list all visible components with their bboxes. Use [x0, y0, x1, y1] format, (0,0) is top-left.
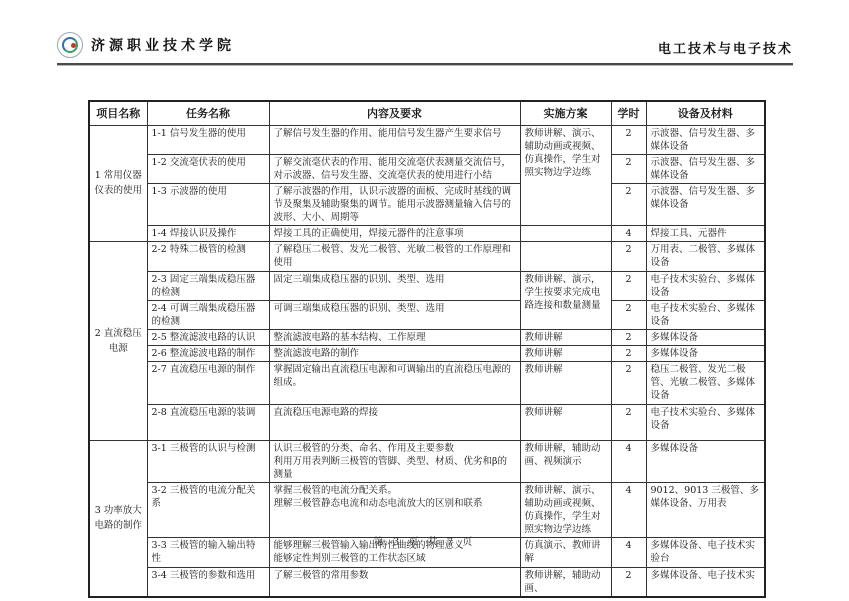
task-name-cell: 2-6 整流滤波电路的制作: [147, 346, 269, 362]
table-row: 2 直流稳压电源2-2 特殊二极管的检测了解稳压二极管、发光二极管、光敏二极管的…: [89, 242, 765, 271]
header-rule: [57, 63, 793, 66]
hours-cell: 4: [611, 226, 646, 242]
project-name-cell: 2 直流稳压电源: [89, 242, 147, 440]
content-line: 掌握固定输出直流稳压电源和可调输出的直流稳压电源的组成。: [274, 363, 516, 389]
table-row: 3 功率放大电路的制作3-1 三极管的认识与检测认识三极管的分类、命名、作用及主…: [89, 440, 765, 482]
page-header: 济源职业技术学院 电工技术与电子技术: [57, 32, 793, 63]
plan-cell: 教师讲解，辅助动画、: [520, 567, 611, 597]
table-row: 1 常用仪器仪表的使用1-1 信号发生器的使用了解信号发生器的作用、能用信号发生…: [89, 125, 765, 154]
project-name-cell: 3 功率放大电路的制作: [89, 440, 147, 597]
content-line: 了解稳压二极管、发光二极管、光敏二极管的工作原理和使用: [274, 243, 516, 269]
plan-cell: 教师讲解、演示、辅助动画或视频、仿真操作，学生对照实物边学边练: [520, 125, 611, 226]
equipment-cell: 焊接工具、元器件: [646, 226, 765, 242]
table-row: 2-4 可调三端集成稳压器的检测可调三端集成稳压器的识别、类型、选用2电子技术实…: [89, 300, 765, 329]
logo-dot: [71, 43, 76, 48]
content-cell: 固定三端集成稳压器的识别、类型、选用: [269, 271, 520, 300]
hours-cell: 2: [611, 567, 646, 597]
task-name-cell: 1-1 信号发生器的使用: [147, 125, 269, 154]
task-name-cell: 1-2 交流毫伏表的使用: [147, 154, 269, 183]
col-header-task: 任务名称: [147, 101, 269, 125]
plan-cell: 教师讲解: [520, 346, 611, 362]
task-name-cell: 3-2 三极管的电流分配关系: [147, 482, 269, 537]
task-name-cell: 3-4 三极管的参数和选用: [147, 567, 269, 597]
table-row: 2-7 直流稳压电源的制作掌握固定输出直流稳压电源和可调输出的直流稳压电源的组成…: [89, 362, 765, 404]
content-line: 直流稳压电源电路的焊接: [274, 406, 516, 419]
hours-cell: 2: [611, 362, 646, 404]
curriculum-table-body: 1 常用仪器仪表的使用1-1 信号发生器的使用了解信号发生器的作用、能用信号发生…: [89, 125, 765, 597]
curriculum-table: 项目名称 任务名称 内容及要求 实施方案 学时 设备及材料 1 常用仪器仪表的使…: [88, 100, 766, 598]
course-title: 电工技术与电子技术: [658, 38, 793, 58]
table-row: 2-3 固定三端集成稳压器的检测固定三端集成稳压器的识别、类型、选用教师讲解、演…: [89, 271, 765, 300]
content-line: 了解交流毫伏表的作用、能用交流毫伏表测量交流信号，对示波器、信号发生器、交流毫伏…: [274, 156, 516, 182]
content-line: 掌握三极管的电流分配关系。: [274, 484, 516, 497]
equipment-cell: 示波器、信号发生器、多媒体设备: [646, 125, 765, 154]
equipment-cell: 电子技术实验台、多媒体设备: [646, 404, 765, 440]
content-line: 了解三极管的常用参数: [274, 569, 516, 582]
hours-cell: 2: [611, 271, 646, 300]
hours-cell: 4: [611, 440, 646, 482]
content-cell: 直流稳压电源电路的焊接: [269, 404, 520, 440]
col-header-plan: 实施方案: [520, 101, 611, 125]
hours-cell: 2: [611, 404, 646, 440]
content-line: 固定三端集成稳压器的识别、类型、选用: [274, 273, 516, 286]
table-row: 3-4 三极管的参数和选用了解三极管的常用参数教师讲解，辅助动画、2多媒体设备、…: [89, 567, 765, 597]
col-header-content: 内容及要求: [269, 101, 520, 125]
content-line: 能够定性判别三极管的工作状态区域: [274, 552, 516, 565]
header-left: 济源职业技术学院: [57, 32, 235, 58]
hours-cell: 2: [611, 125, 646, 154]
equipment-cell: 电子技术实验台、多媒体设备: [646, 271, 765, 300]
col-header-project: 项目名称: [89, 101, 147, 125]
content-cell: 了解信号发生器的作用、能用信号发生器产生要求信号: [269, 125, 520, 154]
plan-cell: 教师讲解、演示，学生按要求完成电路连接和数量测量: [520, 271, 611, 329]
equipment-cell: 9012、9013 三极管、多媒体设备、万用表: [646, 482, 765, 537]
hours-cell: 2: [611, 154, 646, 183]
task-name-cell: 3-1 三极管的认识与检测: [147, 440, 269, 482]
content-line: 利用万用表判断三极管的管脚、类型、材质、优劣和β的测量: [274, 455, 516, 481]
content-line: 了解信号发生器的作用、能用信号发生器产生要求信号: [274, 127, 516, 140]
plan-cell: 教师讲解: [520, 330, 611, 346]
content-cell: 掌握三极管的电流分配关系。理解三极管静态电流和动态电流放大的区别和联系: [269, 482, 520, 537]
content-line: 焊接工具的正确使用，焊接元器件的注意事项: [274, 227, 516, 240]
content-line: 整流滤波电路的制作: [274, 347, 516, 360]
content-cell: 焊接工具的正确使用，焊接元器件的注意事项: [269, 226, 520, 242]
table-header-row: 项目名称 任务名称 内容及要求 实施方案 学时 设备及材料: [89, 101, 765, 125]
content-cell: 了解三极管的常用参数: [269, 567, 520, 597]
content-cell: 可调三端集成稳压器的识别、类型、选用: [269, 300, 520, 329]
equipment-cell: 多媒体设备: [646, 346, 765, 362]
content-line: 认识三极管的分类、命名、作用及主要参数: [274, 442, 516, 455]
equipment-cell: 多媒体设备、电子技术实: [646, 567, 765, 597]
equipment-cell: 万用表、二极管、多媒体设备: [646, 242, 765, 271]
task-name-cell: 2-4 可调三端集成稳压器的检测: [147, 300, 269, 329]
task-name-cell: 2-3 固定三端集成稳压器的检测: [147, 271, 269, 300]
plan-cell: 教师讲解: [520, 362, 611, 404]
content-cell: 了解稳压二极管、发光二极管、光敏二极管的工作原理和使用: [269, 242, 520, 271]
plan-cell: 教师讲解、演示、辅助动画或视频、仿真操作，学生对照实物边学边练: [520, 482, 611, 537]
hours-cell: 2: [611, 346, 646, 362]
table-row: 1-3 示波器的使用了解示波器的作用，认识示波器的面板、完成时基线的调节及聚集及…: [89, 183, 765, 225]
col-header-hours: 学时: [611, 101, 646, 125]
task-name-cell: 1-3 示波器的使用: [147, 183, 269, 225]
hours-cell: 2: [611, 300, 646, 329]
page-number: 第 3 页 共 7 页: [374, 537, 476, 548]
hours-cell: 2: [611, 330, 646, 346]
table-row: 1-2 交流毫伏表的使用了解交流毫伏表的作用、能用交流毫伏表测量交流信号，对示波…: [89, 154, 765, 183]
task-name-cell: 2-7 直流稳压电源的制作: [147, 362, 269, 404]
school-name: 济源职业技术学院: [91, 35, 235, 55]
plan-cell: [520, 242, 611, 271]
equipment-cell: 多媒体设备: [646, 330, 765, 346]
document-page: 济源职业技术学院 电工技术与电子技术 项目名称 任务名称 内容及要求 实施方案 …: [0, 0, 849, 601]
table-row: 3-2 三极管的电流分配关系掌握三极管的电流分配关系。理解三极管静态电流和动态电…: [89, 482, 765, 537]
table-row: 2-6 整流滤波电路的制作整流滤波电路的制作教师讲解2多媒体设备: [89, 346, 765, 362]
content-cell: 掌握固定输出直流稳压电源和可调输出的直流稳压电源的组成。: [269, 362, 520, 404]
equipment-cell: 多媒体设备: [646, 440, 765, 482]
plan-cell: 教师讲解: [520, 404, 611, 440]
content-cell: 认识三极管的分类、命名、作用及主要参数利用万用表判断三极管的管脚、类型、材质、优…: [269, 440, 520, 482]
content-line: 理解三极管静态电流和动态电流放大的区别和联系: [274, 497, 516, 510]
curriculum-table-wrap: 项目名称 任务名称 内容及要求 实施方案 学时 设备及材料 1 常用仪器仪表的使…: [88, 100, 766, 598]
table-row: 2-5 整流滤波电路的认识整流滤波电路的基本结构、工作原理教师讲解2多媒体设备: [89, 330, 765, 346]
school-logo-icon: [57, 32, 83, 58]
task-name-cell: 1-4 焊接认识及操作: [147, 226, 269, 242]
equipment-cell: 电子技术实验台、多媒体设备: [646, 300, 765, 329]
col-header-equipment: 设备及材料: [646, 101, 765, 125]
hours-cell: 2: [611, 183, 646, 225]
project-name-cell: 1 常用仪器仪表的使用: [89, 125, 147, 242]
table-row: 1-4 焊接认识及操作焊接工具的正确使用，焊接元器件的注意事项4焊接工具、元器件: [89, 226, 765, 242]
equipment-cell: 稳压二极管、发光二极管、光敏二极管、多媒体设备: [646, 362, 765, 404]
hours-cell: 4: [611, 482, 646, 537]
plan-cell: 教师讲解，辅助动画、视频演示: [520, 440, 611, 482]
content-line: 可调三端集成稳压器的识别、类型、选用: [274, 302, 516, 315]
content-cell: 整流滤波电路的基本结构、工作原理: [269, 330, 520, 346]
equipment-cell: 示波器、信号发生器、多媒体设备: [646, 154, 765, 183]
task-name-cell: 2-2 特殊二极管的检测: [147, 242, 269, 271]
content-line: 了解示波器的作用，认识示波器的面板、完成时基线的调节及聚集及辅助聚集的调节。能用…: [274, 185, 516, 224]
page-footer: 第 3 页 共 7 页: [0, 533, 849, 548]
hours-cell: 2: [611, 242, 646, 271]
task-name-cell: 2-8 直流稳压电源的装调: [147, 404, 269, 440]
plan-cell: [520, 226, 611, 242]
content-cell: 整流滤波电路的制作: [269, 346, 520, 362]
equipment-cell: 示波器、信号发生器、多媒体设备: [646, 183, 765, 225]
table-row: 2-8 直流稳压电源的装调直流稳压电源电路的焊接教师讲解2电子技术实验台、多媒体…: [89, 404, 765, 440]
content-cell: 了解示波器的作用，认识示波器的面板、完成时基线的调节及聚集及辅助聚集的调节。能用…: [269, 183, 520, 225]
content-cell: 了解交流毫伏表的作用、能用交流毫伏表测量交流信号，对示波器、信号发生器、交流毫伏…: [269, 154, 520, 183]
content-line: 整流滤波电路的基本结构、工作原理: [274, 331, 516, 344]
task-name-cell: 2-5 整流滤波电路的认识: [147, 330, 269, 346]
